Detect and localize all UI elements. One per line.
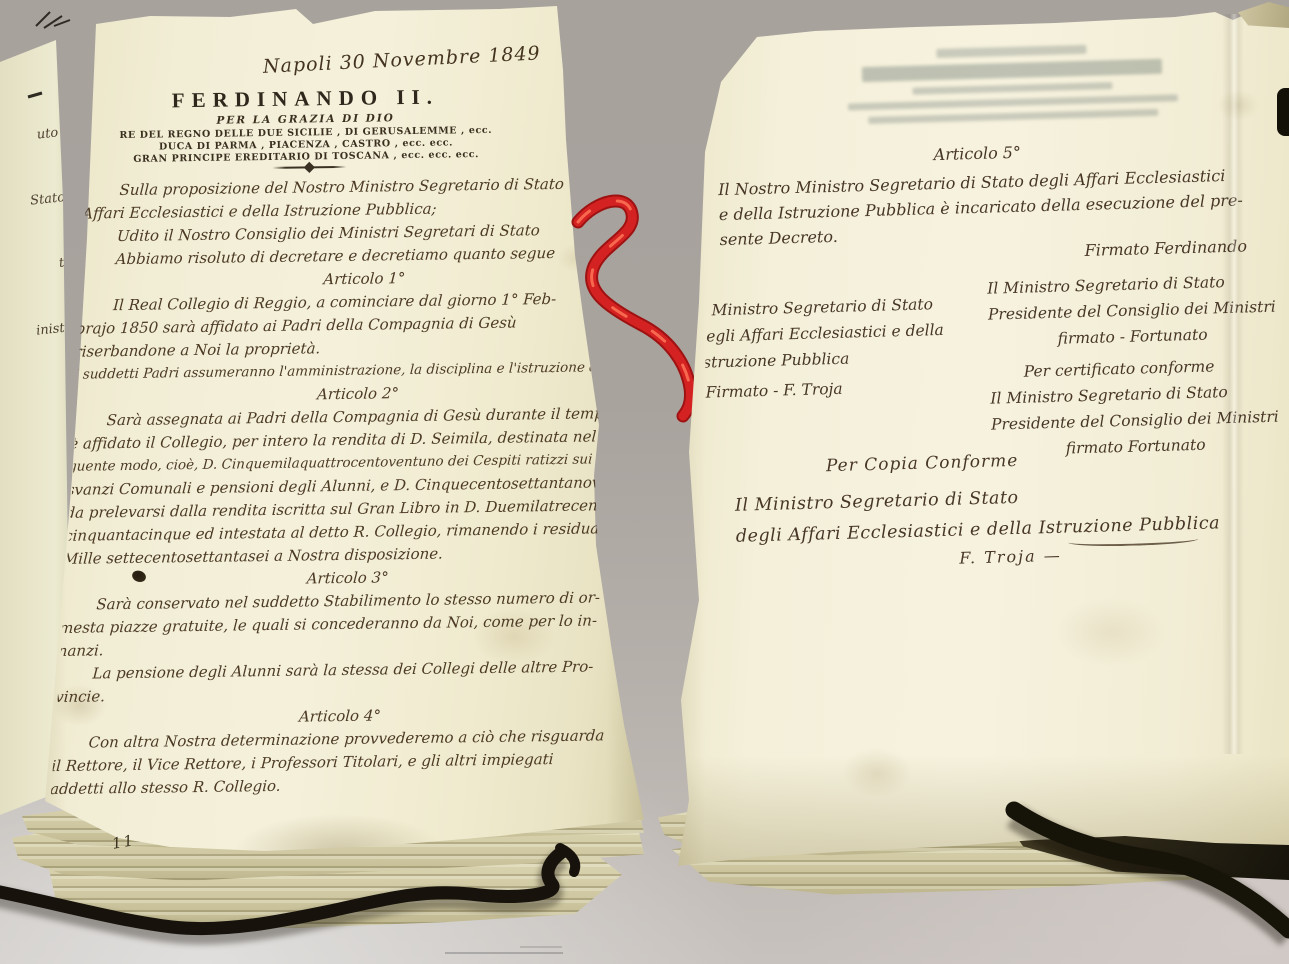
minister-signature-block: Il Ministro Segretario di Statodegli Aff… bbox=[695, 290, 968, 471]
page-fold-crease bbox=[1222, 14, 1244, 754]
copy-conforme-heading: Per Copia Conforme bbox=[826, 451, 1019, 476]
faint-backdrop-mark bbox=[445, 952, 563, 954]
left-page-content: Napoli 30 Novembre 1849 FERDINANDO II. P… bbox=[24, 0, 656, 864]
ghost-print-line bbox=[868, 109, 1158, 124]
copy-conforme-text: Il Ministro Segretario di Statodegli Aff… bbox=[735, 476, 1277, 553]
right-page-content: Articolo 5° Il Nostro Ministro Segretari… bbox=[655, 0, 1289, 887]
margin-fragment: te bbox=[0, 254, 86, 328]
final-signature: F. Troja — bbox=[900, 544, 1120, 569]
curl-fragment: el bbox=[591, 323, 642, 390]
curl-fragment: J bbox=[590, 199, 641, 266]
margin-fragment: uto bbox=[0, 125, 72, 199]
printed-title: FERDINANDO II. bbox=[111, 84, 499, 114]
faint-backdrop-mark bbox=[520, 946, 562, 948]
ghost-print-line bbox=[912, 82, 1112, 95]
signature-columns: Il Ministro Segretario di Statodegli Aff… bbox=[695, 268, 1280, 472]
edge-dark-mark bbox=[1277, 88, 1289, 136]
margin-fragment: Stato bbox=[0, 189, 79, 263]
decree-body-text: Sulla proposizione del Nostro Ministro S… bbox=[49, 172, 656, 802]
curl-fragment: gli bbox=[590, 261, 641, 328]
printed-header-showthrough bbox=[831, 42, 1193, 132]
manuscript-photo: utoStatoteinistroiauita Napoli 30 Novemb… bbox=[0, 0, 1289, 964]
curled-edge-fragments: JglielP bbox=[593, 201, 640, 450]
curl-fragment: P bbox=[592, 385, 643, 452]
ghost-print-line bbox=[936, 45, 1086, 58]
header-divider-ornament bbox=[272, 166, 346, 169]
handwritten-line: Firmato - F. Troja bbox=[697, 372, 966, 405]
ghost-print-line bbox=[848, 94, 1178, 110]
ghost-print-line bbox=[862, 59, 1162, 82]
binding-threads bbox=[36, 12, 70, 28]
date-line: Napoli 30 Novembre 1849 bbox=[262, 42, 541, 78]
